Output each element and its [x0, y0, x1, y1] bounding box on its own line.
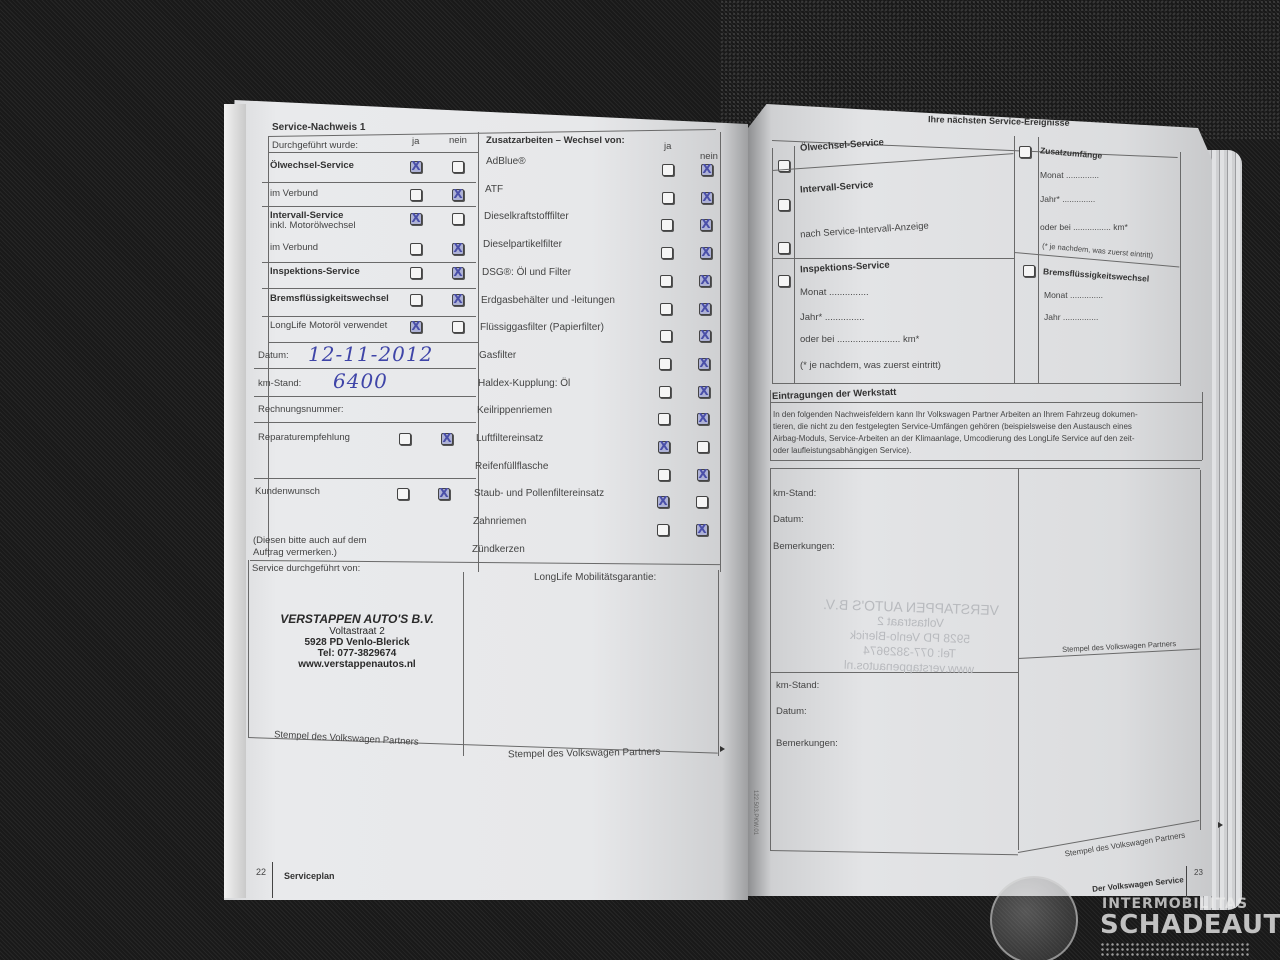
extra-ja-checkbox[interactable]	[662, 192, 674, 204]
extra-nein-checkbox[interactable]	[697, 469, 709, 481]
datum-label: Datum:	[258, 350, 289, 361]
extra-nein-checkbox[interactable]	[700, 247, 712, 259]
intervall-next-checkbox[interactable]	[778, 199, 790, 211]
watermark-dots	[1100, 942, 1250, 956]
service-label: LongLife Motoröl verwendet	[270, 320, 387, 331]
extra-ja-checkbox[interactable]	[658, 413, 670, 425]
extra-work-label: Reifenfüllflasche	[475, 461, 548, 472]
extra-ja-checkbox[interactable]	[661, 219, 673, 231]
extra-work-label: Flüssiggasfilter (Papierfilter)	[480, 322, 604, 333]
extra-work-label: Keilrippenriemen	[477, 405, 552, 416]
customer-request-label: Kundenwunsch	[255, 486, 320, 497]
ja-header: ja	[412, 136, 419, 147]
entry-2-date-label: Datum:	[776, 706, 807, 717]
service-ja-checkbox[interactable]	[410, 267, 422, 279]
extra-ja-checkbox[interactable]	[657, 524, 669, 536]
extra-ja-checkbox[interactable]	[659, 386, 671, 398]
bremse-year: Jahr ...............	[1044, 312, 1098, 322]
extra-work-label: Haldex-Kupplung: Öl	[478, 378, 570, 389]
nein-header: nein	[449, 135, 467, 146]
extra-work-label: ATF	[485, 184, 503, 195]
entry-2-remarks-label: Bemerkungen:	[776, 738, 838, 749]
dealer-website: www.verstappenautos.nl	[262, 659, 452, 670]
entry-1-remarks-label: Bemerkungen:	[773, 541, 835, 552]
service-nein-checkbox[interactable]	[452, 189, 464, 201]
service-label: im Verbund	[270, 188, 318, 199]
footer-title-left: Serviceplan	[284, 871, 335, 881]
service-nein-checkbox[interactable]	[452, 161, 464, 173]
extra-work-label: Dieselkraftstofffilter	[484, 211, 569, 222]
service-label: Inspektions-Service	[270, 266, 360, 277]
extra-ja-checkbox[interactable]	[659, 358, 671, 370]
performed-by-label: Service durchgeführt von:	[252, 563, 360, 574]
service-ja-checkbox[interactable]	[410, 161, 422, 173]
extras-ja-header: ja	[664, 141, 671, 152]
extra-nein-checkbox[interactable]	[699, 275, 711, 287]
bremse-next-checkbox[interactable]	[1023, 265, 1035, 277]
extra-work-label: Gasfilter	[479, 350, 516, 361]
customer-note-2: Auftrag vermerken.)	[253, 547, 337, 558]
extra-nein-checkbox[interactable]	[696, 524, 708, 536]
extra-ja-checkbox[interactable]	[662, 164, 674, 176]
section-title: Service-Nachweis 1	[272, 122, 365, 133]
extra-nein-checkbox[interactable]	[701, 164, 713, 176]
workshop-text-3: Airbag-Moduls, Service-Arbeiten an der K…	[773, 434, 1135, 443]
extra-ja-checkbox[interactable]	[658, 469, 670, 481]
globe-icon	[990, 876, 1078, 960]
entry-1-km-label: km-Stand:	[773, 488, 816, 499]
customer-ja-checkbox[interactable]	[397, 488, 409, 500]
extra-nein-checkbox[interactable]	[696, 496, 708, 508]
repair-recommendation-label: Reparaturempfehlung	[258, 432, 350, 443]
dealer-phone: Tel: 077-3829674	[262, 648, 452, 659]
extra-nein-checkbox[interactable]	[699, 303, 711, 315]
dealer-name: VERSTAPPEN AUTO'S B.V.	[262, 612, 452, 626]
repair-nein-checkbox[interactable]	[441, 433, 453, 445]
extra-nein-checkbox[interactable]	[697, 413, 709, 425]
service-nein-checkbox[interactable]	[452, 213, 464, 225]
form-code: 122.503.PKW.01	[752, 790, 758, 835]
customer-nein-checkbox[interactable]	[438, 488, 450, 500]
entry-1-date-label: Datum:	[773, 514, 804, 525]
extra-work-label: Erdgasbehälter und -leitungen	[481, 295, 615, 306]
invoice-number-label: Rechnungsnummer:	[258, 404, 344, 415]
service-ja-checkbox[interactable]	[410, 243, 422, 255]
inspektion-year: Jahr* ...............	[800, 312, 864, 323]
service-booklet: Service-Nachweis 1 Durchgeführt wurde: j…	[0, 0, 1280, 960]
workshop-text-1: In den folgenden Nachweisfeldern kann Ih…	[773, 410, 1138, 419]
extra-ja-checkbox[interactable]	[658, 441, 670, 453]
booklet-cover-edge	[224, 104, 246, 898]
workshop-text-4: oder laufleistungsabhängigen Service).	[773, 446, 911, 455]
extra-nein-checkbox[interactable]	[700, 219, 712, 231]
service-ja-checkbox[interactable]	[410, 213, 422, 225]
datum-value: 12-11-2012	[308, 342, 433, 366]
service-nein-checkbox[interactable]	[452, 267, 464, 279]
extra-ja-checkbox[interactable]	[661, 247, 673, 259]
service-label: im Verbund	[270, 242, 318, 253]
service-ja-checkbox[interactable]	[410, 321, 422, 333]
performed-label: Durchgeführt wurde:	[272, 140, 358, 151]
service-nein-checkbox[interactable]	[452, 294, 464, 306]
customer-note-1: (Diesen bitte auch auf dem	[253, 535, 367, 546]
extra-work-label: AdBlue®	[486, 156, 526, 167]
stamp-bleedthrough: VERSTAPPEN AUTO'S B.V. Voltastraat 2 592…	[799, 596, 1021, 679]
site-watermark: INTERMOBILITAS SCHADEAUTOS.NL	[990, 866, 1280, 960]
entry-2-km-label: km-Stand:	[776, 680, 819, 691]
extra-ja-checkbox[interactable]	[657, 496, 669, 508]
zusatz-next-checkbox[interactable]	[1019, 146, 1031, 158]
zusatz-km: oder bei ................ km*	[1040, 222, 1128, 232]
workshop-text-2: tieren, die nicht zu den festgelegten Se…	[773, 422, 1132, 431]
extra-nein-checkbox[interactable]	[699, 330, 711, 342]
inspektion-next-checkbox[interactable]	[778, 275, 790, 287]
dealer-street: Voltastraat 2	[262, 626, 452, 637]
service-sublabel: inkl. Motorölwechsel	[270, 220, 356, 231]
right-page	[748, 96, 1212, 896]
inspektion-note: (* je nachdem, was zuerst eintritt)	[800, 360, 941, 371]
extra-work-label: Zahnriemen	[473, 516, 526, 527]
extras-header: Zusatzarbeiten – Wechsel von:	[486, 135, 625, 146]
service-ja-checkbox[interactable]	[410, 294, 422, 306]
next-page-arrow-icon	[720, 746, 725, 752]
extra-nein-checkbox[interactable]	[698, 386, 710, 398]
extra-ja-checkbox[interactable]	[660, 303, 672, 315]
inspektion-km: oder bei ........................ km*	[800, 334, 919, 345]
dealer-stamp: VERSTAPPEN AUTO'S B.V. Voltastraat 2 592…	[262, 612, 452, 670]
service-ja-checkbox[interactable]	[410, 189, 422, 201]
repair-ja-checkbox[interactable]	[399, 433, 411, 445]
zusatz-month: Monat ..............	[1040, 170, 1099, 180]
zusatz-year: Jahr* ..............	[1040, 194, 1095, 204]
inspektion-month: Monat ...............	[800, 287, 869, 298]
extra-work-label: DSG®: Öl und Filter	[482, 267, 571, 278]
bremse-month: Monat ..............	[1044, 290, 1103, 300]
page-number-left: 22	[256, 867, 266, 877]
intervall-anzeige-checkbox[interactable]	[778, 242, 790, 254]
extras-nein-header: nein	[700, 151, 718, 162]
extra-ja-checkbox[interactable]	[660, 330, 672, 342]
extra-nein-checkbox[interactable]	[701, 192, 713, 204]
service-label: Ölwechsel-Service	[270, 160, 354, 171]
extra-work-label: Luftfiltereinsatz	[476, 433, 543, 444]
service-label: Bremsflüssigkeitswechsel	[270, 293, 389, 304]
watermark-line-2: SCHADEAUTOS.NL	[1100, 910, 1280, 940]
extra-work-label: Zündkerzen	[472, 544, 525, 555]
dealer-city: 5928 PD Venlo-Blerick	[262, 637, 452, 648]
service-nein-checkbox[interactable]	[452, 321, 464, 333]
extra-nein-checkbox[interactable]	[698, 358, 710, 370]
extra-work-label: Dieselpartikelfilter	[483, 239, 562, 250]
km-value: 6400	[333, 369, 388, 393]
service-nein-checkbox[interactable]	[452, 243, 464, 255]
km-label: km-Stand:	[258, 378, 301, 389]
longlife-guarantee-label: LongLife Mobilitätsgarantie:	[534, 572, 656, 583]
extra-ja-checkbox[interactable]	[660, 275, 672, 287]
next-page-arrow-icon-right	[1218, 822, 1223, 828]
extra-nein-checkbox[interactable]	[697, 441, 709, 453]
extra-work-label: Staub- und Pollenfiltereinsatz	[474, 488, 604, 499]
